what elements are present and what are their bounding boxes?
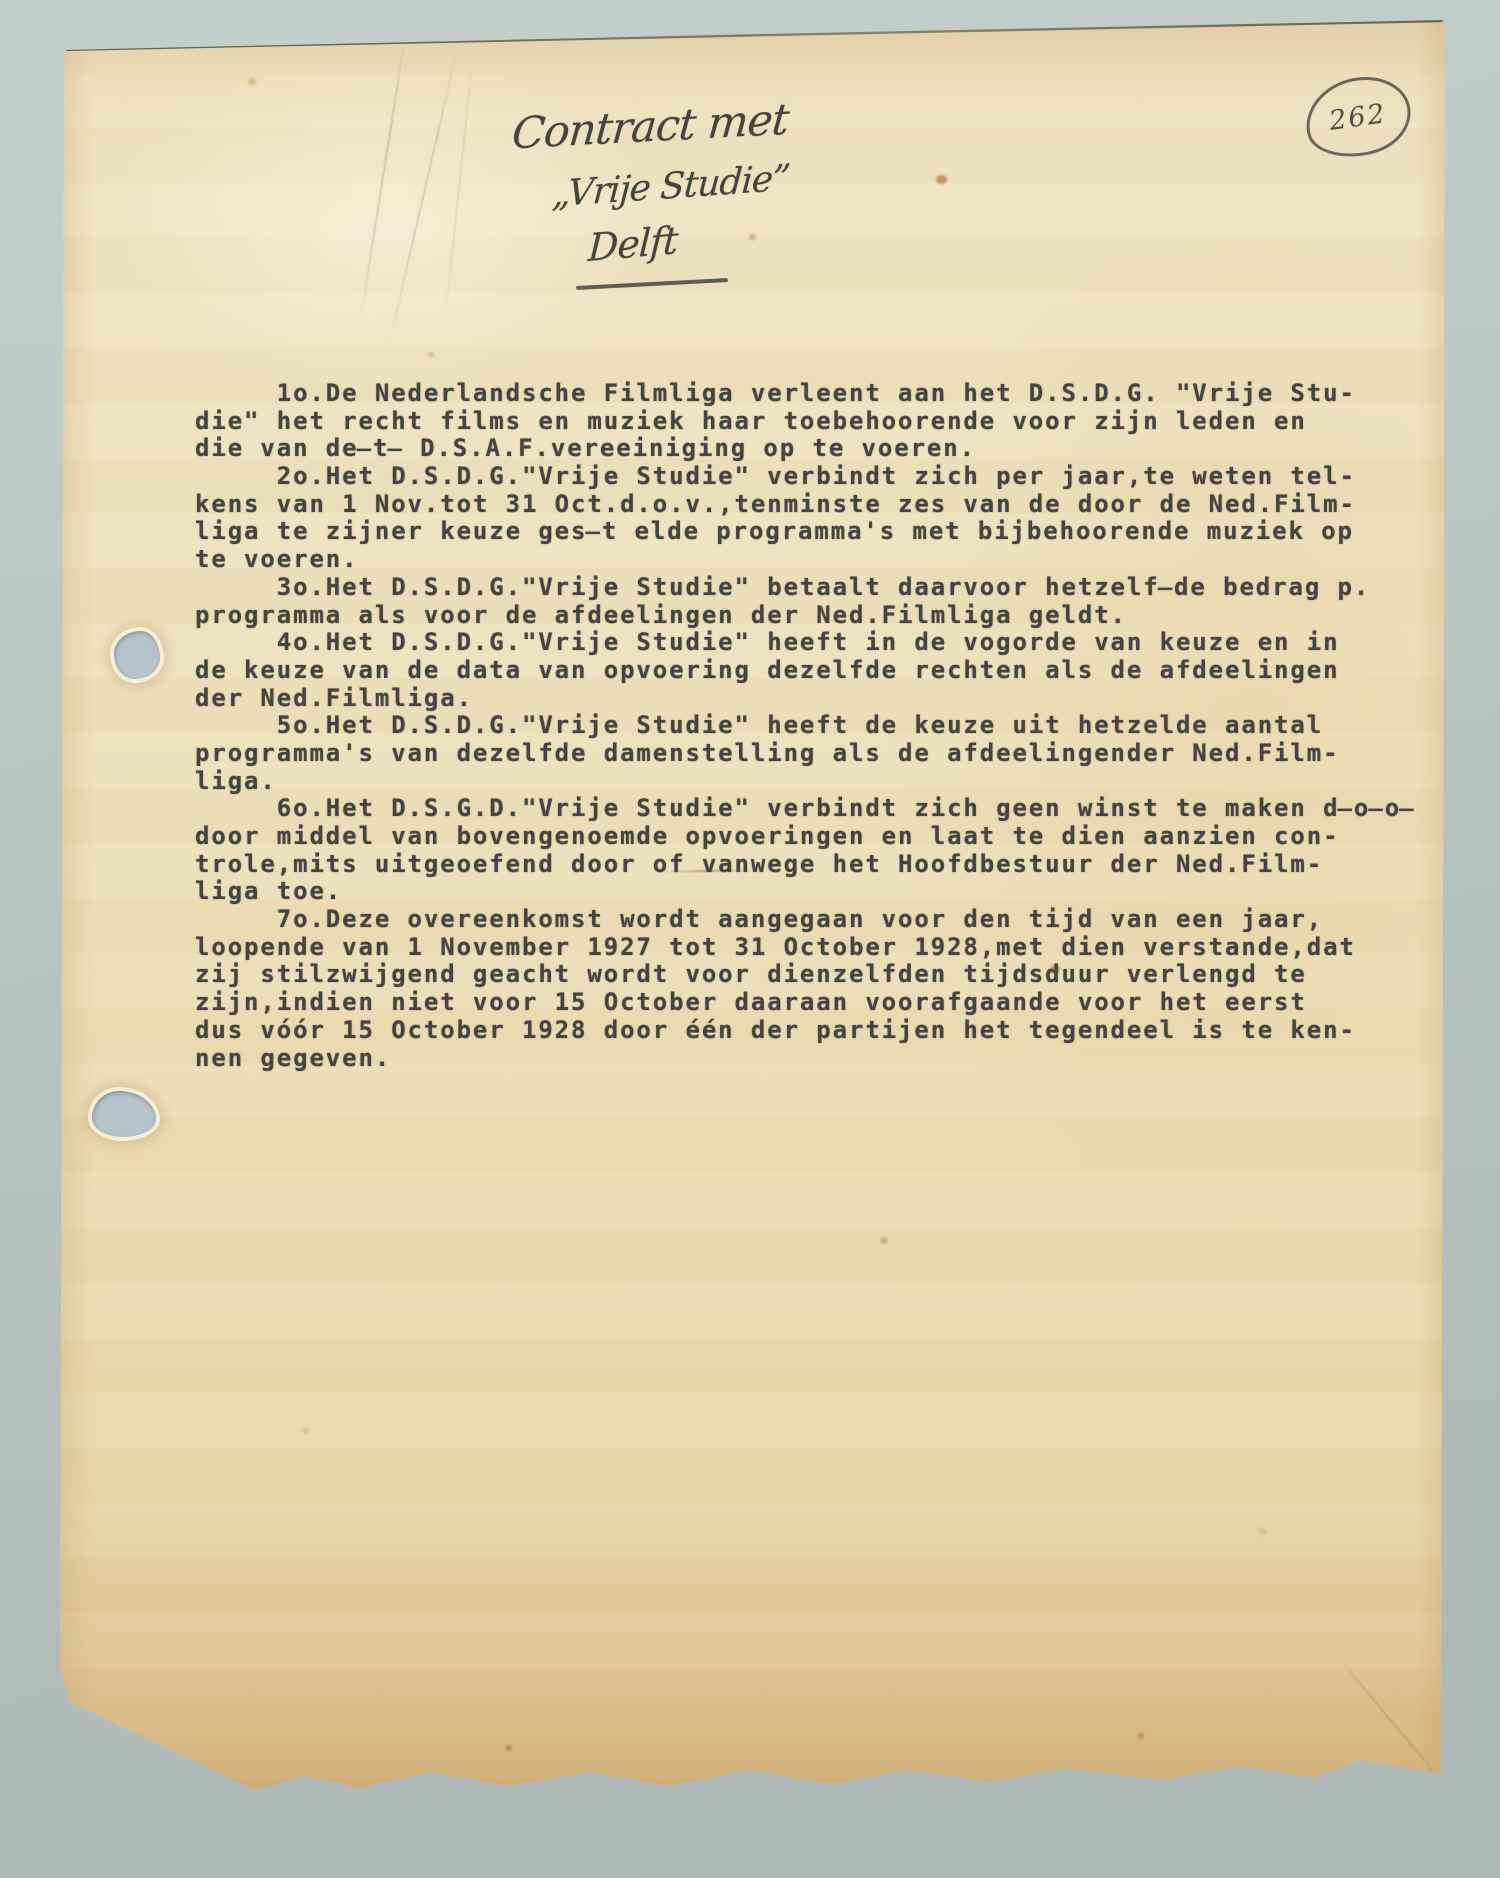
stain-spot [505, 1745, 512, 1751]
handwritten-annotation-line3: Delft [587, 218, 678, 270]
crease-mark [1337, 1657, 1445, 1785]
handwritten-annotation-line2: „Vrije Studie” [551, 158, 791, 216]
stain-spot [749, 234, 756, 240]
typed-line: zijn,indien niet voor 15 October daaraan… [195, 989, 1416, 1017]
crease-mark [444, 59, 473, 318]
typed-line: kens van 1 Nov.tot 31 Oct.d.o.v.,tenmins… [195, 491, 1416, 519]
typed-line: liga te zijner keuze ges̶t elde programm… [195, 518, 1416, 546]
typed-line: 6o.Het D.S.G.D."Vrije Studie" verbindt z… [195, 795, 1416, 823]
typed-line: 3o.Het D.S.D.G."Vrije Studie" betaalt da… [195, 574, 1416, 602]
typed-line: zij stilzwijgend geacht wordt voor dienz… [195, 961, 1416, 989]
stain-spot [1137, 1733, 1144, 1739]
crease-mark [359, 34, 406, 321]
typed-line: 4o.Het D.S.D.G."Vrije Studie" heeft in d… [195, 629, 1416, 657]
typed-line: loopende van 1 November 1927 tot 31 Octo… [195, 934, 1416, 962]
typed-line: liga toe. [195, 878, 1416, 906]
typed-line: trole,mits uitgeoefend door of vanwege h… [195, 851, 1416, 879]
typed-line: dus vóór 15 October 1928 door één der pa… [195, 1017, 1416, 1045]
stain-spot [303, 1428, 309, 1433]
typed-line: 2o.Het D.S.D.G."Vrije Studie" verbindt z… [195, 463, 1416, 491]
punch-hole [92, 1091, 156, 1137]
typed-line: nen gegeven. [195, 1045, 1416, 1073]
typed-line: de keuze van de data van opvoering dezel… [195, 657, 1416, 685]
typed-line: die" het recht films en muziek haar toeb… [195, 408, 1416, 436]
stain-spot [428, 352, 434, 357]
typed-line: door middel van bovengenoemde opvoeringe… [195, 823, 1416, 851]
punch-hole [114, 631, 160, 679]
typed-text-block: 1o.De Nederlandsche Filmliga verleent aa… [195, 380, 1416, 1072]
typed-line: liga. [195, 768, 1416, 796]
typed-line: 7o.Deze overeenkomst wordt aangegaan voo… [195, 906, 1416, 934]
paper-top-edge-shadow [66, 19, 1443, 51]
handwritten-annotation-line1: Contract met [510, 95, 791, 160]
typed-line: 1o.De Nederlandsche Filmliga verleent aa… [195, 380, 1416, 408]
stain-spot [248, 78, 256, 85]
handwritten-underline [576, 278, 728, 290]
typed-line: programma's van dezelfde damenstelling a… [195, 740, 1416, 768]
stain-spot [880, 1237, 888, 1244]
scanned-document-background: { "colors": { "background": "#b8c3c1", "… [0, 0, 1500, 1878]
typed-line: die van de̶t̶ D.S.A.F.vereeiniging op te… [195, 435, 1416, 463]
page-number: 262 [1327, 98, 1388, 137]
stain-spot [1258, 1528, 1267, 1535]
typed-line: te voeren. [195, 546, 1416, 574]
typed-line: 5o.Het D.S.D.G."Vrije Studie" heeft de k… [195, 712, 1416, 740]
typed-line: der Ned.Filmliga. [195, 685, 1416, 713]
page-number-stamp: 262 [1298, 68, 1418, 166]
stain-spot [936, 175, 947, 184]
typed-line: programma als voor de afdeelingen der Ne… [195, 602, 1416, 630]
document-page: 262 Contract met „Vrije Studie” Delft 1o… [60, 18, 1445, 1810]
